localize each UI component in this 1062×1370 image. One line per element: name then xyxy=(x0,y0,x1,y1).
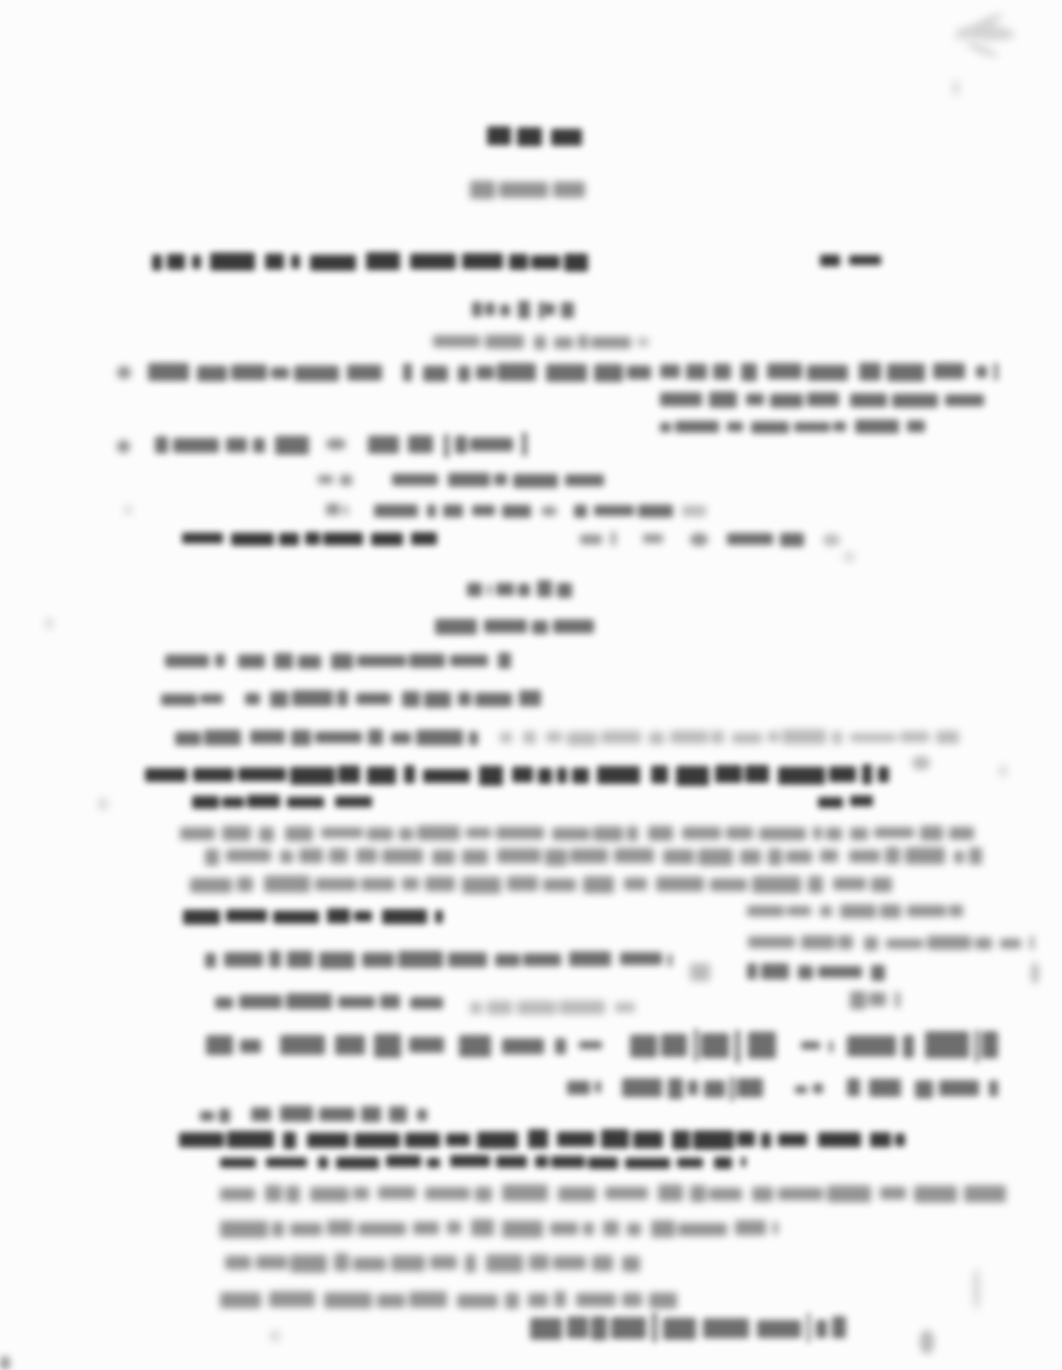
margin-mark-1 xyxy=(124,505,132,515)
corner-artifact xyxy=(0,1356,10,1370)
grader-scribble-tail xyxy=(953,80,959,96)
item-a-chunk-3 xyxy=(660,361,978,383)
formula-2-part-c xyxy=(537,579,573,600)
right-column-line-2 xyxy=(660,391,980,409)
closing-math-line xyxy=(530,1313,850,1343)
matrix-row-2d xyxy=(847,1077,898,1099)
document-page xyxy=(0,0,1062,1370)
sub-item-b-plus xyxy=(541,506,557,516)
margin-mark-2 xyxy=(45,618,53,629)
work-line-1-tail xyxy=(690,959,712,987)
sub-item-b-chunk-1 xyxy=(374,502,522,519)
answer-line-1-lead xyxy=(165,652,225,669)
closing-para-line-1 xyxy=(220,1183,978,1204)
answer-line-2-lead xyxy=(161,690,231,708)
question-2-points xyxy=(818,793,872,810)
formula-2-part-a xyxy=(467,580,491,600)
work-line-1 xyxy=(205,949,670,970)
matrix-row-1b xyxy=(280,1031,436,1059)
formula-1-caption xyxy=(433,333,633,351)
work-line-2b xyxy=(470,999,640,1015)
question-2-heading-line-2 xyxy=(192,793,372,810)
question-2-right-tick xyxy=(999,765,1007,777)
question-1b-item-1 xyxy=(580,531,613,547)
matrix-row-1d xyxy=(579,1039,610,1053)
matrix-row-2c xyxy=(795,1082,830,1096)
closing-para-line-2 xyxy=(220,1218,765,1239)
work-line-3a xyxy=(200,1107,231,1123)
matrix-row-1c xyxy=(459,1033,556,1059)
item-b-marker xyxy=(117,440,130,453)
matrix-row-2a xyxy=(567,1079,602,1097)
question-1-points xyxy=(820,252,878,270)
matrix-row-1a xyxy=(206,1034,260,1058)
item-a-chunk-2 xyxy=(403,362,641,384)
item-a-chunk-1 xyxy=(148,362,388,384)
formula-2-caption xyxy=(435,616,595,638)
right-column-line-3 xyxy=(660,419,922,435)
question-2-heading-line-1 xyxy=(145,763,883,787)
side-note-line-3 xyxy=(747,961,883,983)
exam-subtitle xyxy=(470,178,588,202)
question-1b-item-4 xyxy=(727,530,803,548)
matrix-row-1g xyxy=(847,1029,995,1062)
sub-item-b-tail xyxy=(682,504,710,519)
matrix-row-1e xyxy=(630,1029,778,1062)
exam-title xyxy=(487,125,579,148)
descender-mark xyxy=(270,1330,280,1342)
work-line-2c xyxy=(850,989,900,1011)
paragraph-line-2 xyxy=(205,846,965,867)
matrix-row-2b xyxy=(622,1076,773,1101)
side-note-line-2 xyxy=(748,934,1030,952)
item-b-plus xyxy=(326,438,346,450)
question-1b-item-3 xyxy=(690,533,708,546)
side-note-line-1b xyxy=(840,902,967,920)
question-1-heading xyxy=(152,251,572,273)
item-a-marker xyxy=(117,366,131,379)
side-note-tick xyxy=(1031,962,1039,984)
margin-mark-3 xyxy=(98,798,108,810)
stray-mark xyxy=(920,1330,934,1354)
paragraph-line-3 xyxy=(190,874,878,895)
question-1b-item-5 xyxy=(823,534,840,546)
answer-line-3-lead xyxy=(175,728,485,748)
formula-2-part-b xyxy=(496,579,531,600)
question-2b-heading xyxy=(183,907,437,926)
question-2-superscript xyxy=(912,756,930,770)
right-margin-tick xyxy=(973,1268,980,1310)
answer-line-3-tail xyxy=(500,729,956,746)
sub-item-a-marker xyxy=(318,472,351,487)
question-1b-heading xyxy=(182,529,438,548)
item-b-chunk-1 xyxy=(155,433,305,456)
formula-1-part-b xyxy=(500,299,538,321)
formula-1-part-a xyxy=(472,299,498,320)
sub-item-b-marker xyxy=(326,503,350,517)
side-note-line-1a xyxy=(747,902,831,919)
work-line-3b xyxy=(251,1104,419,1124)
question-1b-sub-mark xyxy=(843,552,855,562)
sub-item-a-line xyxy=(392,471,605,489)
paragraph-line-1 xyxy=(180,824,975,843)
grader-scribble xyxy=(951,20,1025,74)
answer-line-2-body xyxy=(245,689,535,709)
sub-item-b-chunk-2 xyxy=(574,502,674,519)
work-line-2a xyxy=(215,992,450,1012)
matrix-row-2e xyxy=(915,1076,995,1102)
closing-work-line-1 xyxy=(225,1252,640,1274)
question-2c-heading-line-1 xyxy=(179,1128,894,1151)
item-b-chunk-2 xyxy=(368,433,518,457)
closing-work-line-2 xyxy=(220,1290,660,1310)
answer-line-1-body xyxy=(238,651,506,671)
formula-1-caption-tail xyxy=(637,337,649,347)
formula-1-part-c xyxy=(543,299,576,321)
question-1b-item-2 xyxy=(643,532,670,547)
question-2c-heading-line-2 xyxy=(220,1154,724,1170)
matrix-row-1f xyxy=(801,1039,830,1053)
